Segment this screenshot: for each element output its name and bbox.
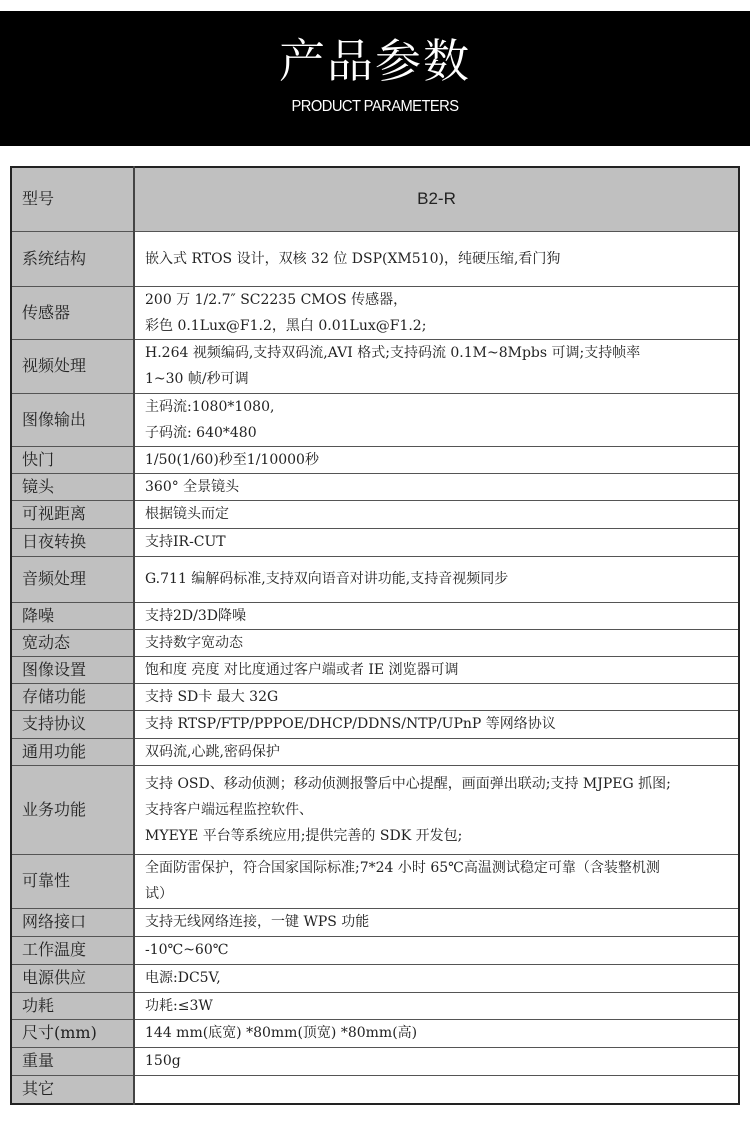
row-label: 功耗 bbox=[11, 992, 134, 1019]
row-value: 支持 RTSP/FTP/PPPOE/DHCP/DDNS/NTP/UPnP 等网络… bbox=[134, 710, 739, 738]
row-value: 200 万 1/2.7″ SC2235 CMOS 传感器，彩色 0.1Lux@F… bbox=[134, 286, 739, 339]
table-row: 图像输出主码流:1080*1080,子码流: 640*480 bbox=[11, 393, 739, 446]
table-row: 音频处理G.711 编解码标准,支持双向语音对讲功能,支持音视频同步 bbox=[11, 556, 739, 602]
row-value: 360° 全景镜头 bbox=[134, 473, 739, 500]
row-label: 通用功能 bbox=[11, 738, 134, 765]
row-value: 支持无线网络连接，一键 WPS 功能 bbox=[134, 908, 739, 936]
page-subtitle: PRODUCT PARAMETERS bbox=[30, 97, 720, 117]
value-line: 1/50(1/60)秒至1/10000秒 bbox=[145, 447, 728, 473]
row-value: 根据镜头而定 bbox=[134, 500, 739, 528]
table-row: 传感器200 万 1/2.7″ SC2235 CMOS 传感器，彩色 0.1Lu… bbox=[11, 286, 739, 339]
row-label: 图像输出 bbox=[11, 393, 134, 446]
row-label: 日夜转换 bbox=[11, 528, 134, 556]
value-line: 144 mm(底宽) *80mm(顶宽) *80mm(高) bbox=[145, 1020, 728, 1046]
row-value: 支持 SD卡 最大 32G bbox=[134, 683, 739, 710]
table-row: 存储功能支持 SD卡 最大 32G bbox=[11, 683, 739, 710]
value-line: 1~30 帧/秒可调 bbox=[145, 366, 728, 392]
row-label: 其它 bbox=[11, 1075, 134, 1104]
table-row: 支持协议支持 RTSP/FTP/PPPOE/DHCP/DDNS/NTP/UPnP… bbox=[11, 710, 739, 738]
row-label: 音频处理 bbox=[11, 556, 134, 602]
table-row: 降噪支持2D/3D降噪 bbox=[11, 602, 739, 629]
table-row: 日夜转换支持IR-CUT bbox=[11, 528, 739, 556]
row-value: 150g bbox=[134, 1047, 739, 1075]
table-row: 快门1/50(1/60)秒至1/10000秒 bbox=[11, 446, 739, 473]
value-line: H.264 视频编码,支持双码流,AVI 格式;支持码流 0.1M~8Mpbs … bbox=[145, 340, 728, 366]
row-label: 业务功能 bbox=[11, 765, 134, 854]
value-line: 支持客户端远程监控软件、 bbox=[145, 797, 728, 823]
row-label: 尺寸(mm) bbox=[11, 1019, 134, 1047]
row-label: 存储功能 bbox=[11, 683, 134, 710]
table-row: 图像设置饱和度 亮度 对比度通过客户端或者 IE 浏览器可调 bbox=[11, 656, 739, 683]
table-row: 镜头360° 全景镜头 bbox=[11, 473, 739, 500]
value-line: 支持 RTSP/FTP/PPPOE/DHCP/DDNS/NTP/UPnP 等网络… bbox=[145, 711, 728, 737]
row-label: 型号 bbox=[11, 167, 134, 231]
table-row-model: 型号 B2-R bbox=[11, 167, 739, 231]
table-row: 可视距离根据镜头而定 bbox=[11, 500, 739, 528]
row-label: 工作温度 bbox=[11, 936, 134, 964]
value-line: 电源:DC5V, bbox=[145, 965, 728, 991]
value-line: 子码流: 640*480 bbox=[145, 420, 728, 446]
value-line: 支持 OSD、移动侦测；移动侦测报警后中心提醒，画面弹出联动;支持 MJPEG … bbox=[145, 771, 728, 797]
row-label: 快门 bbox=[11, 446, 134, 473]
value-line: 支持数字宽动态 bbox=[145, 630, 728, 656]
row-value: 主码流:1080*1080,子码流: 640*480 bbox=[134, 393, 739, 446]
row-label: 降噪 bbox=[11, 602, 134, 629]
spec-table: 型号 B2-R 系统结构嵌入式 RTOS 设计，双核 32 位 DSP(XM51… bbox=[10, 166, 740, 1105]
value-line: 支持无线网络连接，一键 WPS 功能 bbox=[145, 909, 728, 935]
value-line: 嵌入式 RTOS 设计，双核 32 位 DSP(XM510)，纯硬压缩,看门狗 bbox=[145, 246, 728, 272]
table-row: 重量150g bbox=[11, 1047, 739, 1075]
row-value: G.711 编解码标准,支持双向语音对讲功能,支持音视频同步 bbox=[134, 556, 739, 602]
value-line: 360° 全景镜头 bbox=[145, 474, 728, 500]
row-label: 传感器 bbox=[11, 286, 134, 339]
table-row: 系统结构嵌入式 RTOS 设计，双核 32 位 DSP(XM510)，纯硬压缩,… bbox=[11, 231, 739, 286]
value-line: -10℃~60℃ bbox=[145, 937, 728, 963]
table-row: 尺寸(mm)144 mm(底宽) *80mm(顶宽) *80mm(高) bbox=[11, 1019, 739, 1047]
value-line: 饱和度 亮度 对比度通过客户端或者 IE 浏览器可调 bbox=[145, 657, 728, 683]
value-line: 彩色 0.1Lux@F1.2，黑白 0.01Lux@F1.2; bbox=[145, 313, 728, 339]
table-row: 宽动态支持数字宽动态 bbox=[11, 629, 739, 656]
value-line: 主码流:1080*1080, bbox=[145, 394, 728, 420]
row-label: 可靠性 bbox=[11, 854, 134, 908]
table-row: 网络接口支持无线网络连接，一键 WPS 功能 bbox=[11, 908, 739, 936]
row-value: 电源:DC5V, bbox=[134, 964, 739, 992]
value-line: 支持2D/3D降噪 bbox=[145, 603, 728, 629]
value-line: 支持IR-CUT bbox=[145, 529, 728, 555]
value-line: MYEYE 平台等系统应用;提供完善的 SDK 开发包; bbox=[145, 823, 728, 849]
value-line: 根据镜头而定 bbox=[145, 501, 728, 527]
row-label: 宽动态 bbox=[11, 629, 134, 656]
value-line: 功耗:≤3W bbox=[145, 993, 728, 1019]
row-label: 支持协议 bbox=[11, 710, 134, 738]
header-banner: 产品参数 PRODUCT PARAMETERS bbox=[0, 11, 750, 146]
row-value: 支持2D/3D降噪 bbox=[134, 602, 739, 629]
value-line: G.711 编解码标准,支持双向语音对讲功能,支持音视频同步 bbox=[145, 566, 728, 592]
row-label: 网络接口 bbox=[11, 908, 134, 936]
row-value: H.264 视频编码,支持双码流,AVI 格式;支持码流 0.1M~8Mpbs … bbox=[134, 339, 739, 393]
row-value: 嵌入式 RTOS 设计，双核 32 位 DSP(XM510)，纯硬压缩,看门狗 bbox=[134, 231, 739, 286]
row-value: 支持 OSD、移动侦测；移动侦测报警后中心提醒，画面弹出联动;支持 MJPEG … bbox=[134, 765, 739, 854]
table-row: 通用功能双码流,心跳,密码保护 bbox=[11, 738, 739, 765]
row-label: 电源供应 bbox=[11, 964, 134, 992]
table-row: 功耗功耗:≤3W bbox=[11, 992, 739, 1019]
table-row: 业务功能支持 OSD、移动侦测；移动侦测报警后中心提醒，画面弹出联动;支持 MJ… bbox=[11, 765, 739, 854]
table-row: 视频处理H.264 视频编码,支持双码流,AVI 格式;支持码流 0.1M~8M… bbox=[11, 339, 739, 393]
row-value: 支持数字宽动态 bbox=[134, 629, 739, 656]
row-label: 重量 bbox=[11, 1047, 134, 1075]
row-value: -10℃~60℃ bbox=[134, 936, 739, 964]
row-label: 可视距离 bbox=[11, 500, 134, 528]
row-value: 功耗:≤3W bbox=[134, 992, 739, 1019]
row-label: 视频处理 bbox=[11, 339, 134, 393]
row-label: 图像设置 bbox=[11, 656, 134, 683]
value-line: 全面防雷保护，符合国家国际标准;7*24 小时 65℃高温测试稳定可靠（含装整机… bbox=[145, 855, 728, 881]
row-value: 双码流,心跳,密码保护 bbox=[134, 738, 739, 765]
row-value: 144 mm(底宽) *80mm(顶宽) *80mm(高) bbox=[134, 1019, 739, 1047]
row-label: 系统结构 bbox=[11, 231, 134, 286]
model-value: B2-R bbox=[134, 167, 739, 231]
row-value: 饱和度 亮度 对比度通过客户端或者 IE 浏览器可调 bbox=[134, 656, 739, 683]
row-value bbox=[134, 1075, 739, 1104]
table-row: 其它 bbox=[11, 1075, 739, 1104]
value-line: 支持 SD卡 最大 32G bbox=[145, 684, 728, 710]
table-row: 工作温度-10℃~60℃ bbox=[11, 936, 739, 964]
table-row: 可靠性全面防雷保护，符合国家国际标准;7*24 小时 65℃高温测试稳定可靠（含… bbox=[11, 854, 739, 908]
table-row: 电源供应电源:DC5V, bbox=[11, 964, 739, 992]
value-line: 双码流,心跳,密码保护 bbox=[145, 739, 728, 765]
page-title: 产品参数 bbox=[0, 33, 750, 89]
row-value: 1/50(1/60)秒至1/10000秒 bbox=[134, 446, 739, 473]
value-line: 200 万 1/2.7″ SC2235 CMOS 传感器， bbox=[145, 287, 728, 313]
row-label: 镜头 bbox=[11, 473, 134, 500]
row-value: 全面防雷保护，符合国家国际标准;7*24 小时 65℃高温测试稳定可靠（含装整机… bbox=[134, 854, 739, 908]
value-line: 150g bbox=[145, 1048, 728, 1074]
row-value: 支持IR-CUT bbox=[134, 528, 739, 556]
value-line: 试） bbox=[145, 881, 728, 907]
